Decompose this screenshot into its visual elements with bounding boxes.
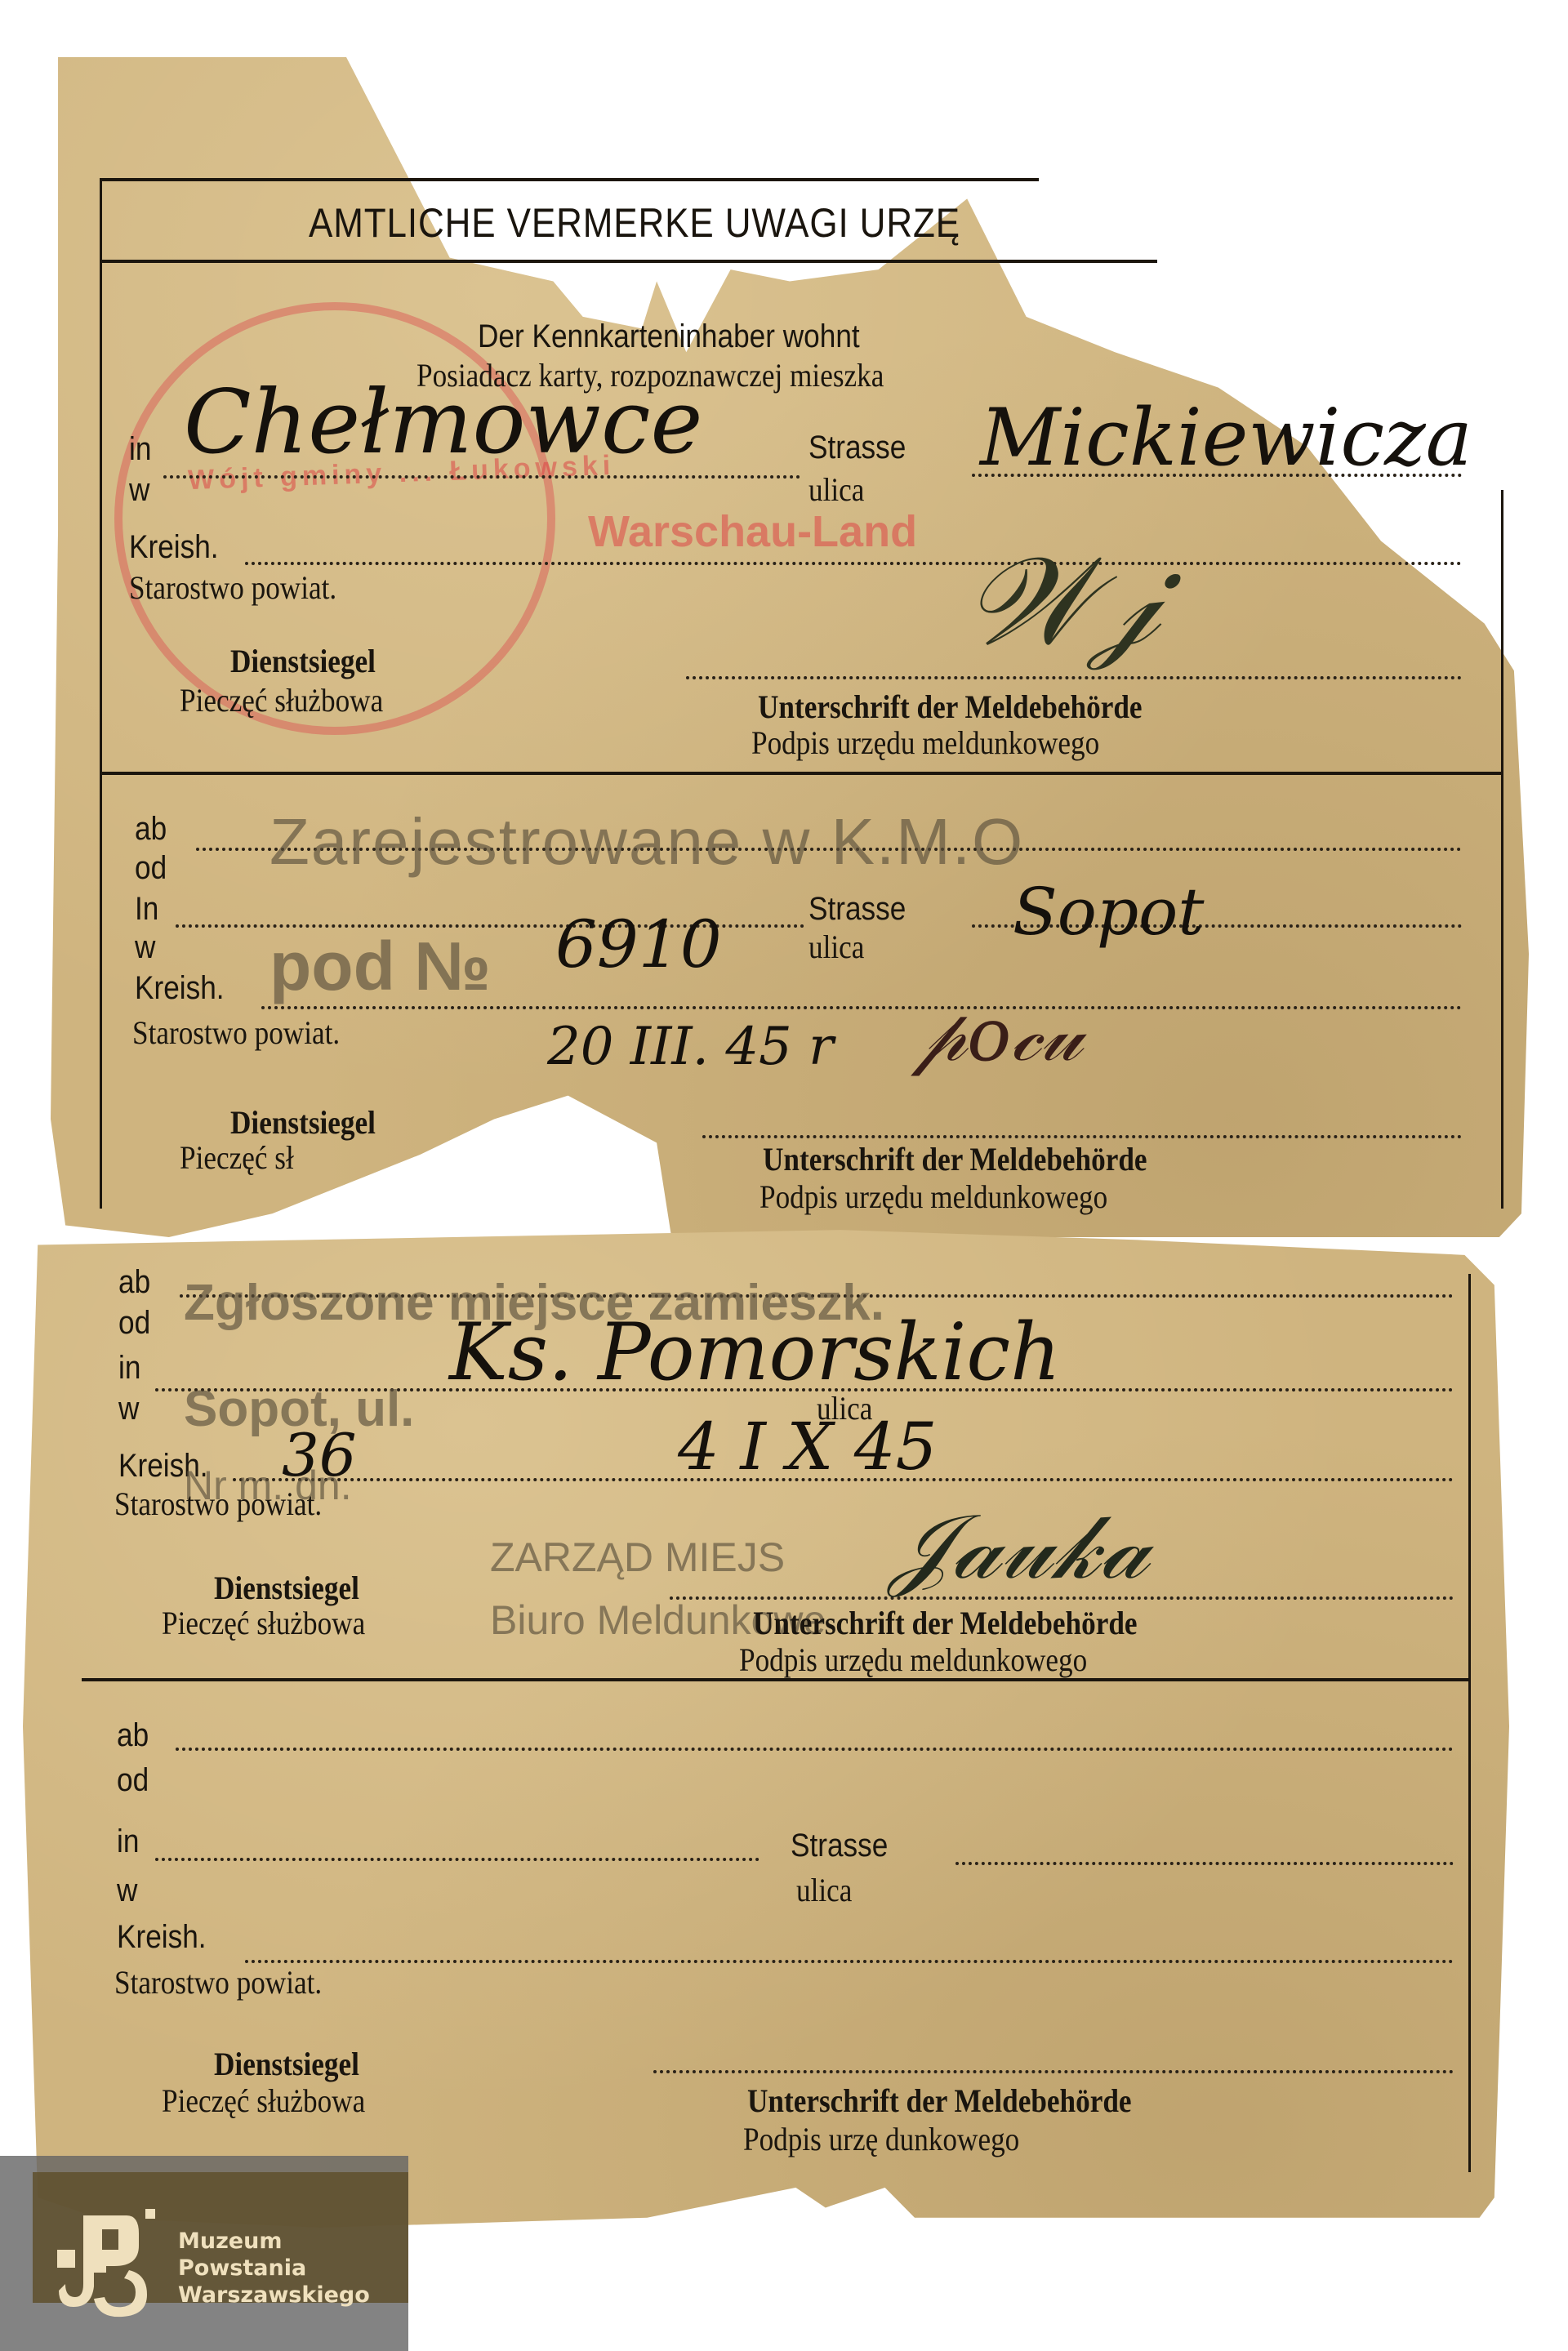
field-signature-2[interactable] xyxy=(702,1135,1462,1138)
field-kreis-4[interactable] xyxy=(245,1960,1454,1963)
section-divider-2 xyxy=(82,1678,1470,1681)
field-strasse-4[interactable] xyxy=(955,1862,1454,1865)
label-seal-pl: Pieczęć służbowa xyxy=(180,684,383,717)
label-ulica-4: ulica xyxy=(796,1874,852,1907)
label-seal-de-4: Dienstsiegel xyxy=(214,2048,359,2081)
watermark-line-3: Warszawskiego xyxy=(178,2282,370,2309)
label-strasse-2: Strasse xyxy=(808,893,906,925)
red-line-stamp: Warschau-Land xyxy=(588,506,917,557)
label-ab-3: ab xyxy=(118,1266,150,1298)
label-ab-4: ab xyxy=(117,1719,149,1752)
watermark-line-1: Muzeum xyxy=(178,2228,370,2255)
label-seal-de-3: Dienstsiegel xyxy=(214,1572,359,1605)
label-seal-pl-2: Pieczęć sł xyxy=(180,1142,294,1174)
label-powiat-3: Starostwo powiat. xyxy=(114,1488,322,1521)
field-signature[interactable] xyxy=(686,676,1462,679)
label-seal-pl-3: Pieczęć służbowa xyxy=(162,1607,365,1640)
label-ulica-2: ulica xyxy=(808,931,864,964)
handwritten-street-3: Ks. Pomorskich xyxy=(449,1307,1061,1398)
handwritten-date: 20 III. 45 r xyxy=(547,1017,834,1077)
handwritten-date-3: 4 I X 45 xyxy=(678,1409,938,1485)
label-w-2: w xyxy=(135,931,155,964)
label-in-2: In xyxy=(135,893,158,925)
handwritten-town: Chełmowce xyxy=(184,372,702,474)
frame-right-line-2 xyxy=(1468,1274,1471,2172)
frame-top-line xyxy=(100,178,1039,181)
label-in-3: in xyxy=(118,1351,140,1384)
label-kreis-4: Kreish. xyxy=(117,1921,207,1953)
frame-right-line xyxy=(1501,490,1503,1209)
handwritten-signature: 𝒲𝒿 xyxy=(964,531,1159,675)
stamp-pod-no: pod № xyxy=(269,927,491,1006)
label-ab: ab xyxy=(135,813,167,845)
header-title: AMTLICHE VERMERKE UWAGI URZĘ xyxy=(309,203,960,243)
field-ab-4[interactable] xyxy=(176,1748,1454,1751)
watermark-text: Muzeum Powstania Warszawskiego xyxy=(178,2228,370,2309)
handwritten-place: Sopot xyxy=(1013,874,1205,950)
label-sign-de-2: Unterschrift der Meldebehörde xyxy=(763,1143,1147,1176)
label-od-3: od xyxy=(118,1307,150,1339)
label-seal-de-2: Dienstsiegel xyxy=(230,1106,376,1139)
kotwica-anchor-icon xyxy=(57,2209,155,2323)
stamp-registered: Zarejestrowane w K.M.O xyxy=(269,804,1024,879)
header-bottom-line xyxy=(100,260,1157,263)
museum-watermark: Muzeum Powstania Warszawskiego xyxy=(0,2156,408,2351)
label-powiat-2: Starostwo powiat. xyxy=(132,1017,340,1049)
label-w-3: w xyxy=(118,1392,139,1425)
label-powiat-4: Starostwo powiat. xyxy=(114,1966,322,1999)
field-kreis-2[interactable] xyxy=(261,1006,1462,1009)
handwritten-signature-3: 𝒥𝒶𝓊𝓀𝒶 xyxy=(890,1494,1150,1601)
field-in-4[interactable] xyxy=(155,1858,759,1861)
label-kreis: Kreish. xyxy=(129,531,219,563)
label-in: in xyxy=(129,433,151,465)
section-divider xyxy=(100,772,1503,775)
label-w-4: w xyxy=(117,1874,137,1907)
label-sign-pl: Podpis urzędu meldunkowego xyxy=(751,727,1099,759)
label-strasse-4: Strasse xyxy=(791,1829,888,1862)
label-kreis-2: Kreish. xyxy=(135,972,225,1004)
handwritten-number: 6910 xyxy=(555,906,722,982)
field-signature-4[interactable] xyxy=(653,2070,1454,2073)
label-sign-pl-4: Podpis urzę dunkowego xyxy=(743,2123,1019,2156)
label-seal-pl-4: Pieczęć służbowa xyxy=(162,2085,365,2117)
label-sign-pl-3: Podpis urzędu meldunkowego xyxy=(739,1644,1087,1676)
field-kreis[interactable] xyxy=(245,562,1462,565)
field-in[interactable] xyxy=(163,475,800,479)
handwritten-number-3: 36 xyxy=(282,1421,357,1489)
label-sign-pl-2: Podpis urzędu meldunkowego xyxy=(759,1181,1107,1213)
label-w: w xyxy=(129,474,149,506)
stamp-office-1: ZARZĄD MIEJS xyxy=(490,1534,785,1581)
label-in-4: in xyxy=(117,1825,139,1858)
label-ulica: ulica xyxy=(808,474,864,506)
label-sign-de-3: Unterschrift der Meldebehörde xyxy=(753,1607,1138,1640)
handwritten-signature-2: 𝓅𝑜𝒸𝓊 xyxy=(915,992,1082,1079)
handwritten-street: Mickiewicza xyxy=(980,392,1472,483)
label-seal-de: Dienstsiegel xyxy=(230,645,376,678)
label-od-4: od xyxy=(117,1764,149,1797)
frame-left-line xyxy=(100,178,102,1209)
label-sign-de: Unterschrift der Meldebehörde xyxy=(758,691,1143,724)
intro-de: Der Kennkarteninhaber wohnt xyxy=(478,320,860,353)
label-sign-de-4: Unterschrift der Meldebehörde xyxy=(747,2085,1132,2117)
label-od: od xyxy=(135,852,167,884)
label-powiat: Starostwo powiat. xyxy=(129,572,336,604)
watermark-line-2: Powstania xyxy=(178,2255,370,2282)
label-strasse: Strasse xyxy=(808,431,906,464)
